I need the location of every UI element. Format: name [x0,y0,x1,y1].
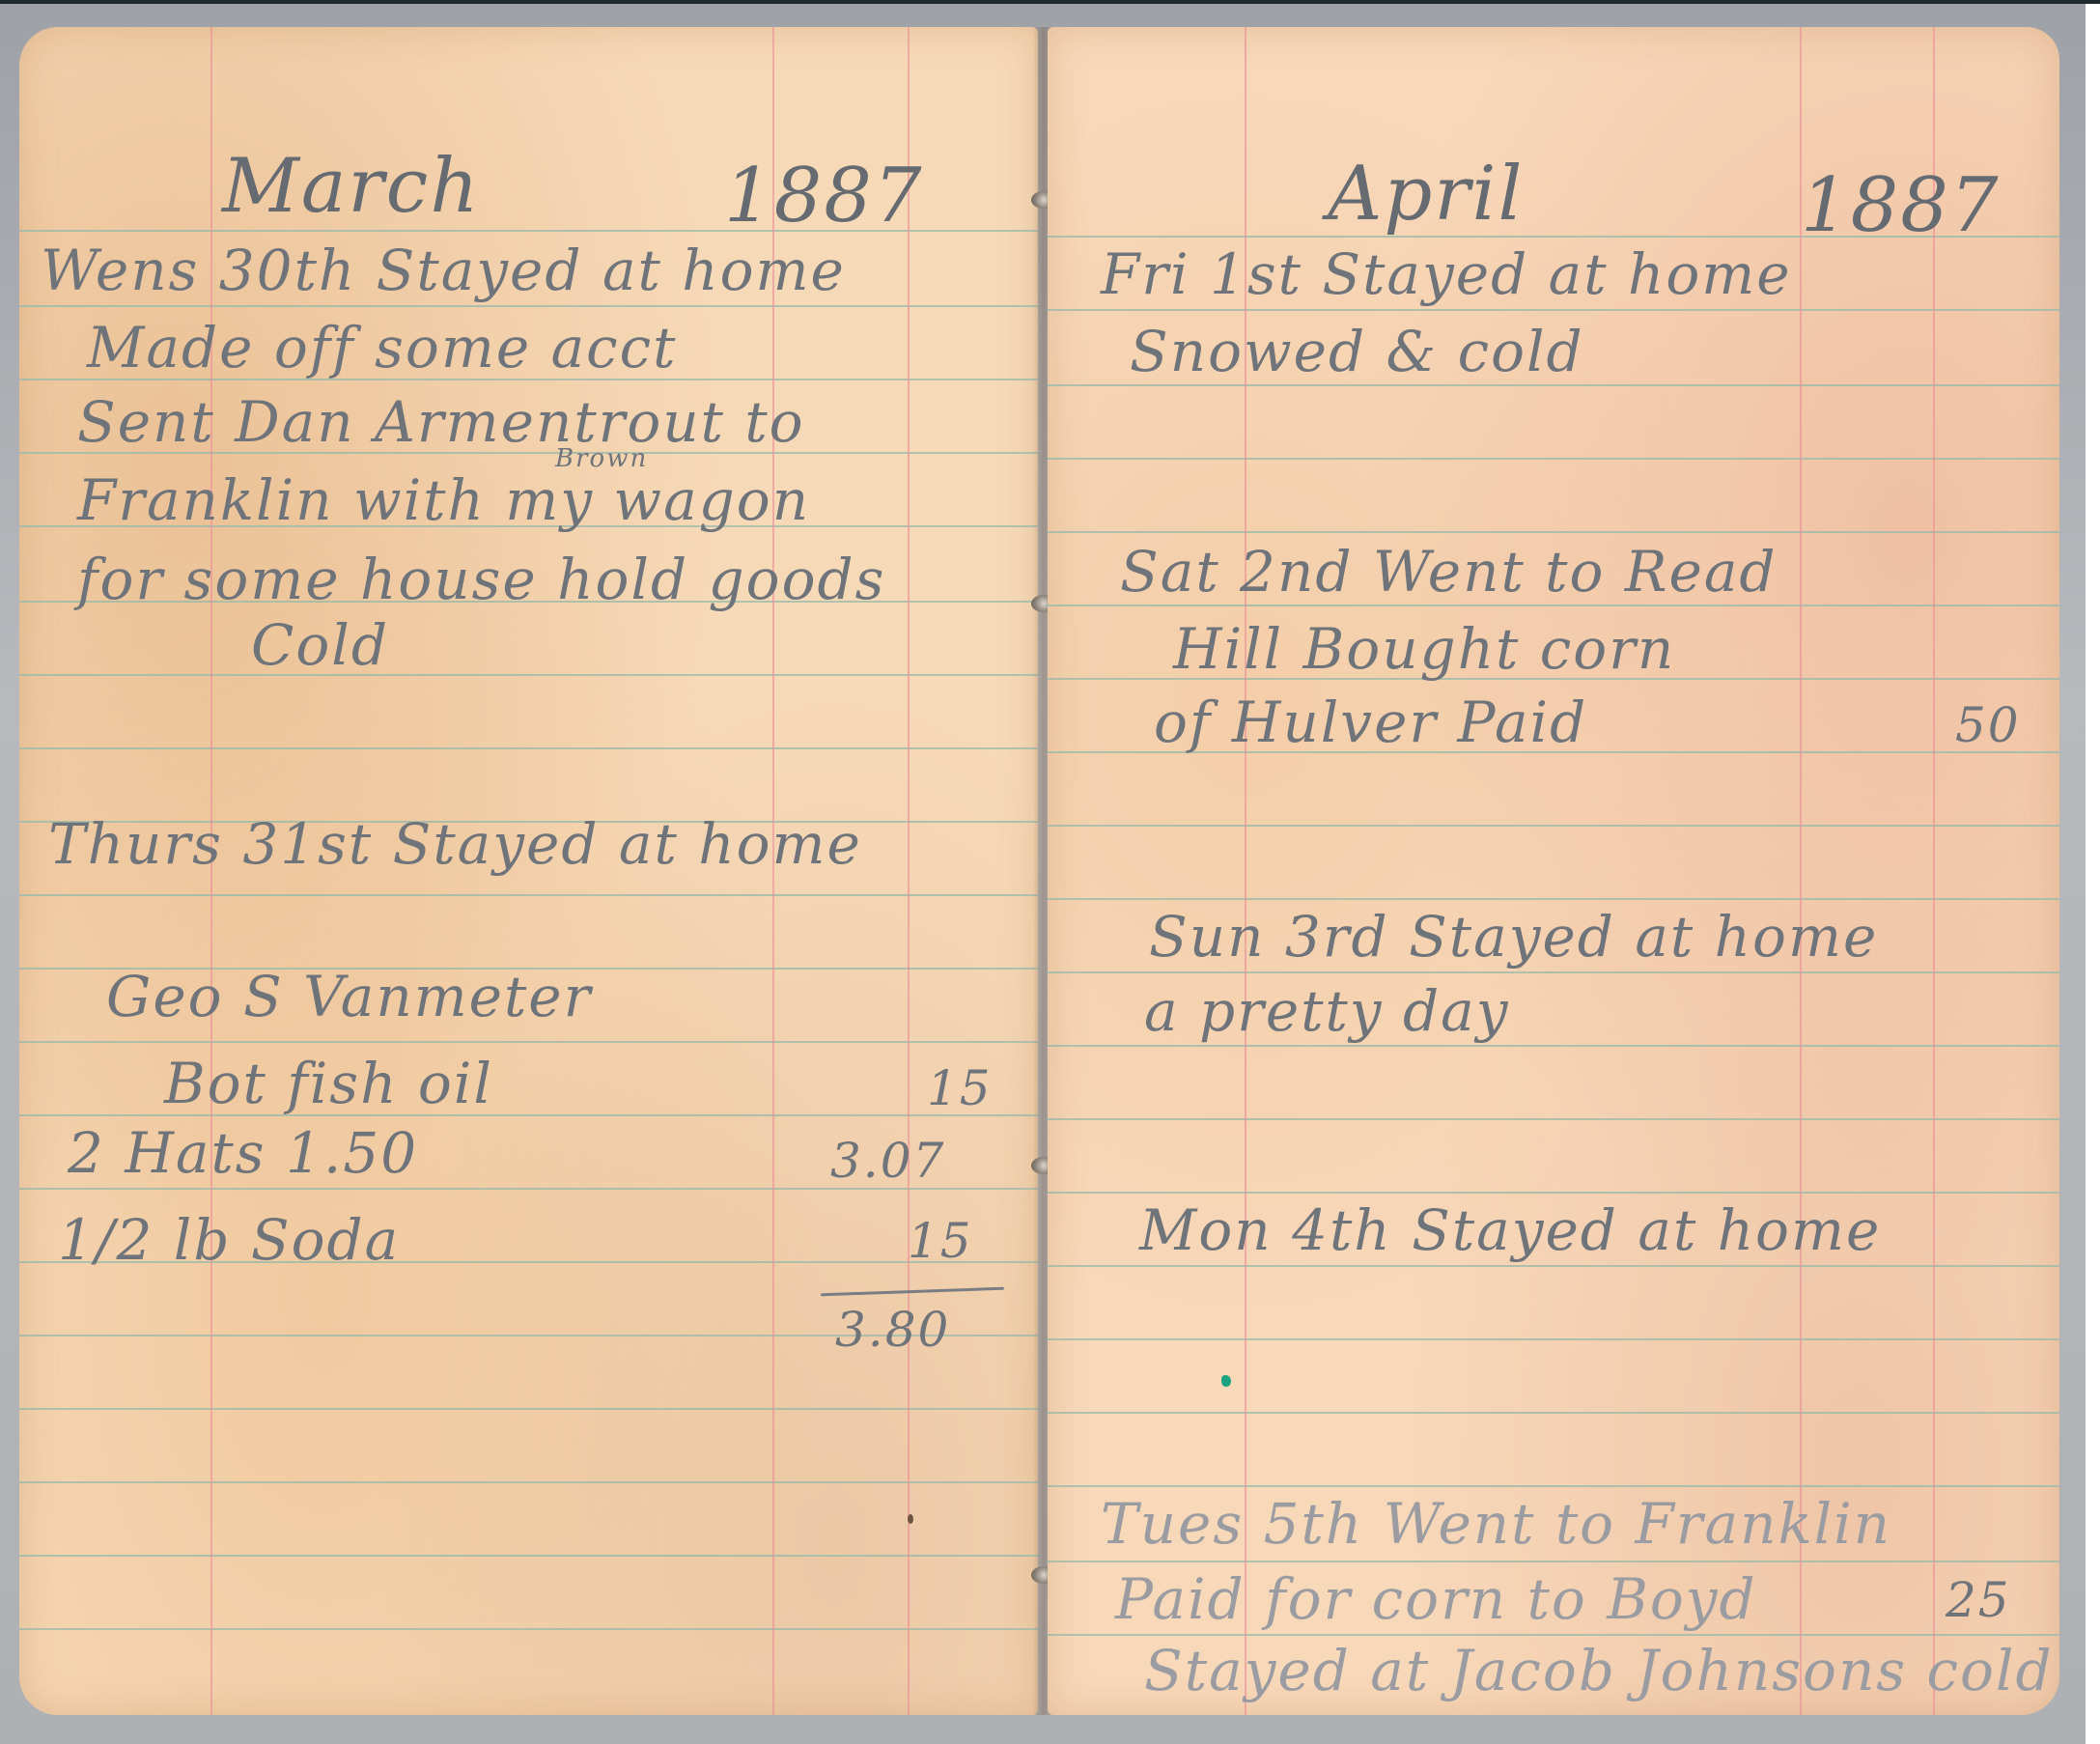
entry-line: Wens 30th Stayed at home [41,238,846,303]
year-heading: 1887 [724,153,924,239]
entry-line: of Hulver Paid [1154,689,1587,755]
ruling-line [1048,1118,2059,1120]
ruling-line [1048,605,2059,606]
entry-line: for some house hold goods [77,547,885,612]
ruling-line [1048,1634,2059,1636]
amount-column-line [1933,27,1935,1715]
ruling-line [1048,384,2059,386]
entry-line: Made off some acct [87,315,677,380]
entry-line: Tues 5th Went to Franklin [1101,1491,1891,1557]
ruling-line [19,894,1038,896]
ruling-line [19,1408,1038,1410]
entry-line: Sat 2nd Went to Read [1120,539,1778,605]
ledger-amount: 15 [908,1213,973,1269]
ruling-line [1048,898,2059,900]
month-heading: April [1328,151,1524,238]
entry-line: Hill Bought corn [1173,616,1675,682]
ruling-line [1048,1485,2059,1487]
entry-line: Thurs 31st Stayed at home [48,811,862,877]
ruling-line [1048,1265,2059,1267]
entry-line: Paid for corn to Boyd [1115,1566,1757,1632]
entry-line: Snowed & cold [1130,319,1584,384]
ink-speck [908,1514,913,1524]
ruling-line [1048,458,2059,460]
ruling-line [1048,971,2059,973]
ruling-line [1048,531,2059,533]
ruling-line [1048,1412,2059,1414]
ruling-line [1048,825,2059,827]
ruling-line [19,305,1038,307]
entry-line: Geo S Vanmeter [106,964,592,1029]
entry-line: a pretty day [1144,978,1510,1044]
left-page: March 1887 Wens 30th Stayed at home Made… [19,27,1038,1715]
ruling-line [19,747,1038,749]
scanner-edge [0,0,2100,4]
ruling-line [19,1041,1038,1043]
ruling-line [19,1481,1038,1483]
ruling-line [19,1628,1038,1630]
ledger-amount: 15 [927,1060,993,1116]
entry-line: Sent Dan Armentrout to [77,389,805,455]
right-page: April 1887 Fri 1st Stayed at home Snowed… [1048,27,2059,1715]
amount-column-line [1800,27,1802,1715]
ruling-line [19,674,1038,676]
ledger-amount: 25 [1946,1572,2011,1628]
entry-line: 1/2 lb Soda [58,1207,400,1273]
ruling-line [1048,309,2059,311]
amount-column-line [908,27,910,1715]
entry-line: 2 Hats 1.50 [68,1120,418,1186]
total-rule [821,1287,1004,1297]
ledger-amount: 50 [1955,697,2021,753]
ruling-line [1048,1192,2059,1194]
entry-line: Bot fish oil [164,1051,493,1116]
ruling-line [1048,1338,2059,1340]
ruling-line [1048,1045,2059,1047]
ledger-amount: 3.07 [830,1133,945,1189]
month-heading: March [222,143,481,230]
entry-line: Stayed at Jacob Johnsons cold [1144,1638,2054,1703]
ruling-line [19,1555,1038,1557]
year-heading: 1887 [1801,162,2001,249]
entry-line: Fri 1st Stayed at home [1101,241,1792,307]
entry-line: Sun 3rd Stayed at home [1149,904,1878,970]
entry-line: Cold [251,612,389,678]
entry-line: Mon 4th Stayed at home [1139,1197,1881,1263]
ledger-total: 3.80 [835,1302,950,1358]
ruling-line [1048,1561,2059,1562]
green-speck [1221,1375,1231,1387]
entry-line: Franklin with my wagon [77,467,810,533]
